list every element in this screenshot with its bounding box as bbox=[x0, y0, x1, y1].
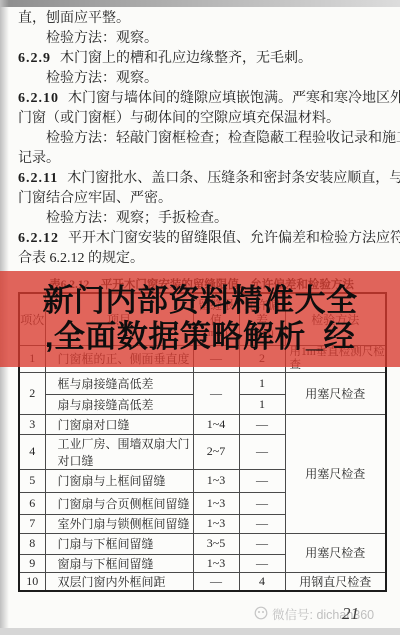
doc-line: 检验方法：观察。 bbox=[18, 69, 388, 89]
section-number: 6.2.10 bbox=[18, 91, 59, 106]
cell-gap: — bbox=[193, 572, 239, 591]
ad-banner-text-line1: 新门内部资料精准大全 bbox=[43, 283, 358, 319]
doc-line-text: 检验方法：观察；手扳检查。 bbox=[46, 211, 228, 226]
doc-line-text: 记录。 bbox=[18, 151, 60, 166]
wechat-icon bbox=[254, 606, 268, 623]
doc-line-text: 木门窗批水、盖口条、压缝条和密封条安装应顺直，与 bbox=[67, 171, 400, 186]
cell-gap: 1~3 bbox=[193, 469, 239, 492]
doc-line: 6.2.10木门窗与墙体间的缝隙应填嵌饱满。严寒和寒冷地区外 bbox=[18, 89, 388, 109]
doc-line: 检验方法：观察；手扳检查。 bbox=[18, 209, 388, 229]
page-edge-bottom bbox=[0, 628, 400, 635]
page-number: 21 bbox=[342, 604, 359, 624]
cell-item: 工业厂房、围墙双扇大门对口缝 bbox=[45, 434, 193, 469]
cell-method: 用塞尺检查 bbox=[285, 372, 386, 414]
page-edge-top bbox=[0, 0, 400, 7]
doc-line-text: 检验方法：观察。 bbox=[46, 31, 158, 46]
document-body-text: 直，刨面应平整。 检验方法：观察。 6.2.9木门窗上的槽和孔应边缘整齐，无毛刺… bbox=[18, 9, 388, 269]
section-number: 6.2.12 bbox=[18, 231, 59, 246]
table-row: 10 双层门窗内外框间距 — 4 用钢直尺检查 bbox=[19, 572, 386, 591]
doc-line-text: 门窗（或门窗框）与砌体间的空隙应填充保温材料。 bbox=[18, 111, 340, 126]
cell-tol: 1 bbox=[239, 372, 285, 394]
table-row: 8 门扇与下框间留缝 3~5 — 用塞尺检查 bbox=[19, 533, 386, 554]
cell-item: 门窗扇与合页侧框间留缝 bbox=[45, 492, 193, 514]
cell-item: 门窗扇对口缝 bbox=[45, 414, 193, 434]
cell-tol: — bbox=[239, 554, 285, 572]
cell-tol: — bbox=[239, 469, 285, 492]
doc-line: 检验方法：轻敲门窗框检查；检查隐蔽工程验收记录和施工 bbox=[18, 129, 388, 149]
cell-no: 3 bbox=[19, 414, 45, 434]
cell-method: 用塞尺检查 bbox=[285, 533, 386, 572]
cell-method: 用钢直尺检查 bbox=[285, 572, 386, 591]
cell-no: 4 bbox=[19, 434, 45, 469]
doc-line: 门窗（或门窗框）与砌体间的空隙应填充保温材料。 bbox=[18, 109, 388, 129]
doc-line-text: 木门窗上的槽和孔应边缘整齐，无毛刺。 bbox=[60, 51, 312, 66]
ad-banner-overlay: 新门内部资料精准大全 ,全面数据策略解析_经 bbox=[0, 271, 400, 367]
cell-item: 框与扇接缝高低差 bbox=[45, 372, 193, 394]
cell-gap: 3~5 bbox=[193, 533, 239, 554]
cell-no: 8 bbox=[19, 533, 45, 554]
doc-line-text: 直，刨面应平整。 bbox=[18, 11, 130, 26]
cell-no: 7 bbox=[19, 514, 45, 533]
doc-line: 直，刨面应平整。 bbox=[18, 9, 388, 29]
cell-no: 2 bbox=[19, 372, 45, 414]
doc-line-text: 木门窗与墙体间的缝隙应填嵌饱满。严寒和寒冷地区外 bbox=[68, 91, 400, 106]
cell-tol: — bbox=[239, 514, 285, 533]
ad-banner-text-line2: ,全面数据策略解析_经 bbox=[45, 319, 355, 355]
cell-gap: — bbox=[193, 372, 239, 414]
cell-method: 用塞尺检查 bbox=[285, 414, 386, 533]
doc-line: 检验方法：观察。 bbox=[18, 29, 388, 49]
cell-no: 9 bbox=[19, 554, 45, 572]
cell-no: 10 bbox=[19, 572, 45, 591]
cell-gap: 1~3 bbox=[193, 554, 239, 572]
table-row: 2 框与扇接缝高低差 — 1 用塞尺检查 bbox=[19, 372, 386, 394]
doc-line: 记录。 bbox=[18, 149, 388, 169]
doc-line-text: 检验方法：观察。 bbox=[46, 71, 158, 86]
cell-item: 窗扇与下框间留缝 bbox=[45, 554, 193, 572]
cell-item: 双层门窗内外框间距 bbox=[45, 572, 193, 591]
cell-tol: 1 bbox=[239, 394, 285, 414]
cell-tol: — bbox=[239, 434, 285, 469]
doc-line: 合表 6.2.12 的规定。 bbox=[18, 249, 388, 269]
cell-no: 5 bbox=[19, 469, 45, 492]
cell-tol: — bbox=[239, 414, 285, 434]
doc-line-text: 平开木门窗安装的留缝限值、允许偏差和检验方法应符 bbox=[68, 231, 400, 246]
table-row: 3 门窗扇对口缝 1~4 — 用塞尺检查 bbox=[19, 414, 386, 434]
cell-tol: 4 bbox=[239, 572, 285, 591]
cell-tol: — bbox=[239, 533, 285, 554]
cell-item: 门扇与下框间留缝 bbox=[45, 533, 193, 554]
cell-no: 6 bbox=[19, 492, 45, 514]
cell-item: 门窗扇与上框间留缝 bbox=[45, 469, 193, 492]
doc-line: 门窗结合应牢固、严密。 bbox=[18, 189, 388, 209]
doc-line-text: 合表 6.2.12 的规定。 bbox=[18, 251, 144, 266]
cell-tol: — bbox=[239, 492, 285, 514]
cell-gap: 2~7 bbox=[193, 434, 239, 469]
cell-gap: 1~4 bbox=[193, 414, 239, 434]
doc-line: 6.2.9木门窗上的槽和孔应边缘整齐，无毛刺。 bbox=[18, 49, 388, 69]
doc-line-text: 检验方法：轻敲门窗框检查；检查隐蔽工程验收记录和施工 bbox=[46, 131, 400, 146]
section-number: 6.2.11 bbox=[18, 171, 58, 186]
cell-gap: 1~3 bbox=[193, 492, 239, 514]
doc-line: 6.2.11木门窗批水、盖口条、压缝条和密封条安装应顺直，与 bbox=[18, 169, 388, 189]
doc-line-text: 门窗结合应牢固、严密。 bbox=[18, 191, 172, 206]
section-number: 6.2.9 bbox=[18, 51, 51, 66]
cell-item: 室外门扇与锁侧框间留缝 bbox=[45, 514, 193, 533]
doc-line: 6.2.12平开木门窗安装的留缝限值、允许偏差和检验方法应符 bbox=[18, 229, 388, 249]
cell-gap: 1~3 bbox=[193, 514, 239, 533]
scanned-document-page: 直，刨面应平整。 检验方法：观察。 6.2.9木门窗上的槽和孔应边缘整齐，无毛刺… bbox=[0, 0, 400, 635]
cell-item: 扇与扇接缝高低差 bbox=[45, 394, 193, 414]
